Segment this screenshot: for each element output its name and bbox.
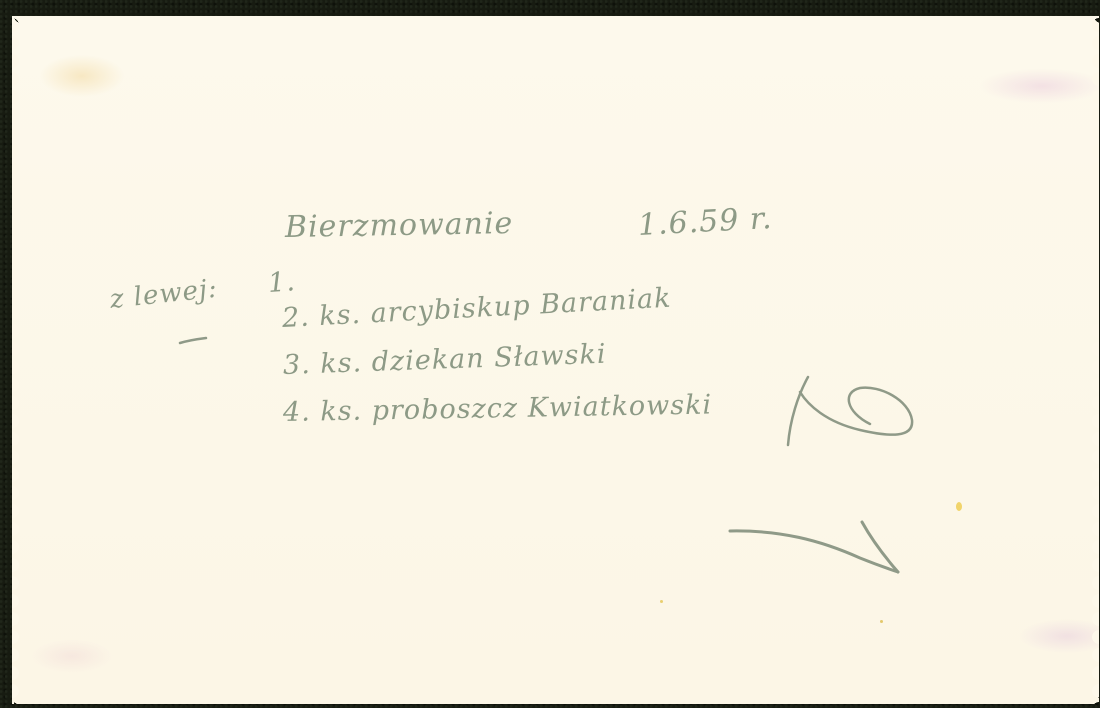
pencil-marks bbox=[0, 0, 1100, 708]
dash-mark-icon bbox=[180, 338, 206, 343]
loop-flourish-icon bbox=[788, 377, 912, 445]
